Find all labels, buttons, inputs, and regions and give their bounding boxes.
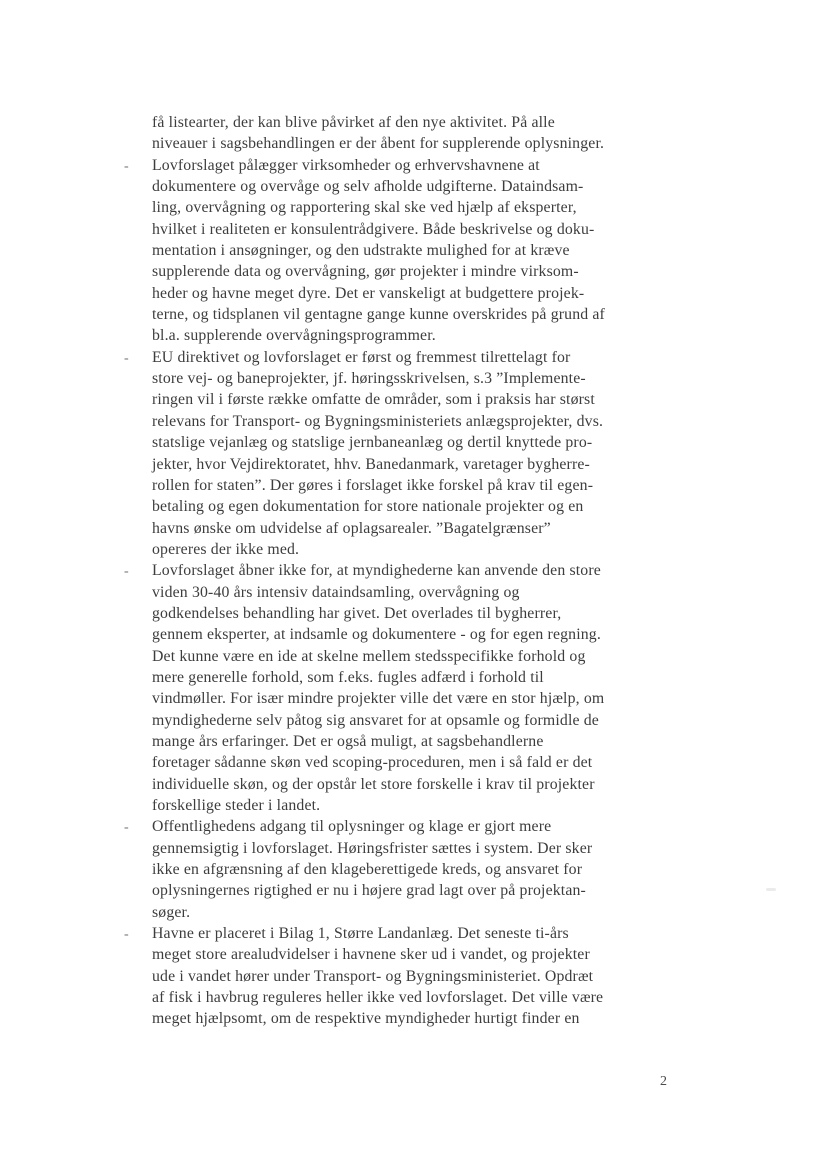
text-line: betaling og egen dokumentation for store… (152, 496, 752, 517)
text-line: oplysningernes rigtighed er nu i højere … (152, 880, 752, 901)
text-line: ude i vandet hører under Transport- og B… (152, 966, 752, 987)
intro-paragraph: få listearter, der kan blive påvirket af… (152, 112, 752, 155)
bullet-paragraph: - Havne er placeret i Bilag 1, Større La… (152, 923, 752, 1030)
bullet-dash: - (124, 924, 129, 945)
text-line: EU direktivet og lovforslaget er først o… (152, 347, 752, 368)
text-line: mere generelle forhold, som f.eks. fugle… (152, 667, 752, 688)
text-line: ikke en afgrænsning af den klageberettig… (152, 859, 752, 880)
text-line: niveauer i sagsbehandlingen er der åbent… (152, 133, 752, 154)
text-line: bl.a. supplerende overvågningsprogrammer… (152, 325, 752, 346)
text-line: myndighederne selv påtog sig ansvaret fo… (152, 710, 752, 731)
bullet-paragraph: - Offentlighedens adgang til oplysninger… (152, 816, 752, 923)
text-line: gennemsigtig i lovforslaget. Høringsfris… (152, 838, 752, 859)
text-line: havns ønske om udvidelse af oplagsareale… (152, 518, 752, 539)
bullet-dash: - (124, 348, 129, 369)
text-line: supplerende data og overvågning, gør pro… (152, 261, 752, 282)
text-line: store vej- og baneprojekter, jf. hørings… (152, 368, 752, 389)
text-line: få listearter, der kan blive påvirket af… (152, 112, 752, 133)
text-block: få listearter, der kan blive påvirket af… (152, 112, 752, 1030)
text-line: meget store arealudvidelser i havnene sk… (152, 944, 752, 965)
text-line: forskellige steder i landet. (152, 795, 752, 816)
bullet-dash: - (124, 561, 129, 582)
text-line: Det kunne være en ide at skelne mellem s… (152, 646, 752, 667)
bullet-paragraph: - Lovforslaget åbner ikke for, at myndig… (152, 560, 752, 816)
text-line: foretager sådanne skøn ved scoping-proce… (152, 752, 752, 773)
text-line: godkendelses behandling har givet. Det o… (152, 603, 752, 624)
text-line: terne, og tidsplanen vil gentagne gange … (152, 304, 752, 325)
text-line: rollen for staten”. Der gøres i forslage… (152, 475, 752, 496)
text-line: statslige vejanlæg og statslige jernbane… (152, 432, 752, 453)
text-line: mange års erfaringer. Det er også muligt… (152, 731, 752, 752)
text-line: Lovforslaget pålægger virksomheder og er… (152, 155, 752, 176)
text-line: vindmøller. For især mindre projekter vi… (152, 688, 752, 709)
text-line: individuelle skøn, og der opstår let sto… (152, 774, 752, 795)
text-line: opereres der ikke med. (152, 539, 752, 560)
bullet-paragraph: - EU direktivet og lovforslaget er først… (152, 347, 752, 560)
text-line: dokumentere og overvåge og selv afholde … (152, 176, 752, 197)
text-line: heder og havne meget dyre. Det er vanske… (152, 283, 752, 304)
text-line: gennem eksperter, at indsamle og dokumen… (152, 624, 752, 645)
bullet-paragraph: - Lovforslaget pålægger virksomheder og … (152, 155, 752, 347)
text-line: søger. (152, 902, 752, 923)
document-page: få listearter, der kan blive påvirket af… (0, 0, 828, 1169)
text-line: Lovforslaget åbner ikke for, at myndighe… (152, 560, 752, 581)
text-line: meget hjælpsomt, om de respektive myndig… (152, 1008, 752, 1029)
page-number: 2 (660, 1074, 667, 1090)
text-line: relevans for Transport- og Bygningsminis… (152, 411, 752, 432)
scan-artifact (766, 888, 776, 891)
text-line: mentation i ansøgninger, og den udstrakt… (152, 240, 752, 261)
text-line: ringen vil i første række omfatte de omr… (152, 389, 752, 410)
bullet-dash: - (124, 156, 129, 177)
text-line: hvilket i realiteten er konsulentrådgive… (152, 219, 752, 240)
text-line: viden 30-40 års intensiv dataindsamling,… (152, 582, 752, 603)
bullet-dash: - (124, 817, 129, 838)
text-line: ling, overvågning og rapportering skal s… (152, 197, 752, 218)
text-line: jekter, hvor Vejdirektoratet, hhv. Baned… (152, 454, 752, 475)
text-line: af fisk i havbrug reguleres heller ikke … (152, 987, 752, 1008)
text-line: Havne er placeret i Bilag 1, Større Land… (152, 923, 752, 944)
text-line: Offentlighedens adgang til oplysninger o… (152, 816, 752, 837)
